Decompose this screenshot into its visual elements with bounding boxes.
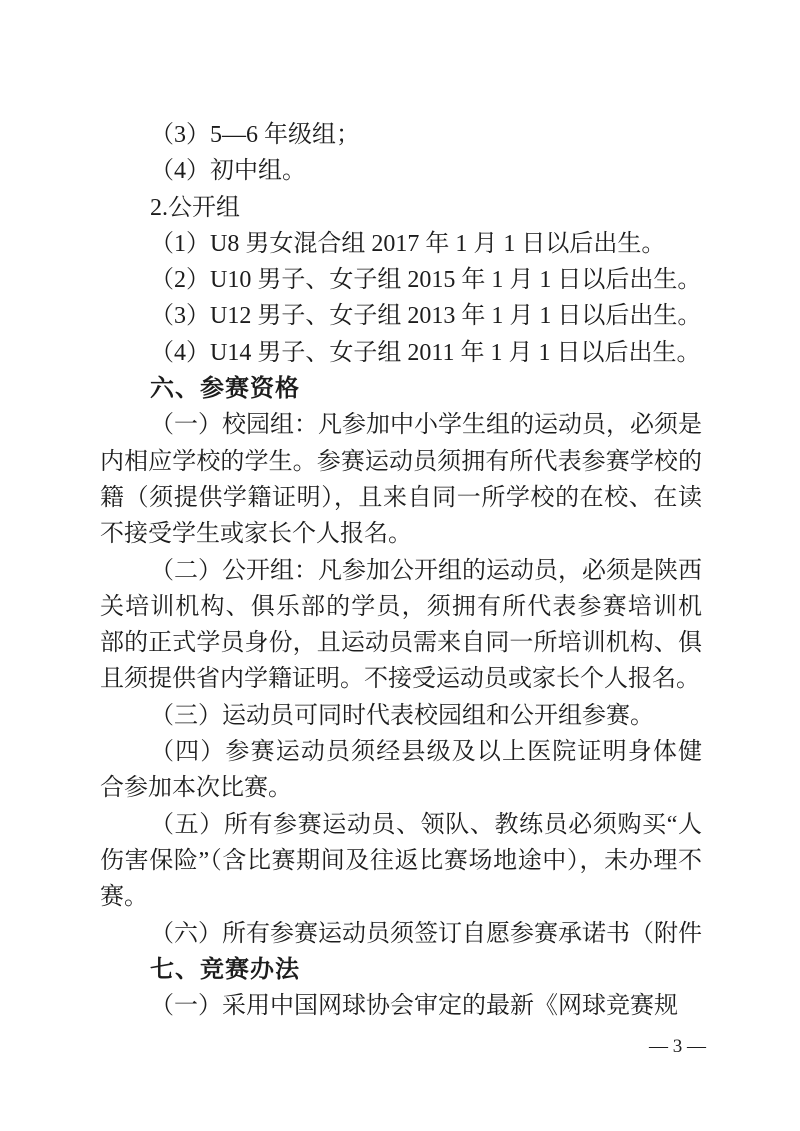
document-page: （3）5—6 年级组；（4）初中组。2.公开组（1）U8 男女混合组 2017 … — [0, 0, 800, 1131]
document-body: （3）5—6 年级组；（4）初中组。2.公开组（1）U8 男女混合组 2017 … — [100, 117, 702, 1024]
text-line: （1）U8 男女混合组 2017 年 1 月 1 日以后出生。 — [100, 226, 702, 262]
text-line: （4）初中组。 — [100, 153, 702, 189]
text-line: 籍（须提供学籍证明），且来自同一所学校的在校、在读学生。 — [100, 480, 702, 516]
section-heading: 六、参赛资格 — [100, 371, 702, 407]
text-line: 关培训机构、俱乐部的学员，须拥有所代表参赛培训机构、俱乐 — [100, 589, 702, 625]
text-line: 2.公开组 — [100, 190, 702, 226]
text-line: （五）所有参赛运动员、领队、教练员必须购买“人身意外 — [100, 807, 702, 843]
text-line: 内相应学校的学生。参赛运动员须拥有所代表参赛学校的正式学 — [100, 444, 702, 480]
text-line: （2）U10 男子、女子组 2015 年 1 月 1 日以后出生。 — [100, 262, 702, 298]
text-line: 不接受学生或家长个人报名。 — [100, 516, 702, 552]
text-line: （3）5—6 年级组； — [100, 117, 702, 153]
text-line: （一）采用中国网球协会审定的最新《网球竞赛规则》。 — [100, 988, 702, 1024]
text-line: （四）参赛运动员须经县级及以上医院证明身体健康，且适 — [100, 734, 702, 770]
section-heading: 七、竞赛办法 — [100, 952, 702, 988]
text-line: （三）运动员可同时代表校园组和公开组参赛。 — [100, 698, 702, 734]
text-line: 部的正式学员身份，且运动员需来自同一所培训机构、俱乐部， — [100, 625, 702, 661]
page-number: — 3 — — [649, 1036, 706, 1058]
text-line: 且须提供省内学籍证明。不接受运动员或家长个人报名。 — [100, 661, 702, 697]
text-line: 伤害保险”（含比赛期间及往返比赛场地途中），未办理不予参 — [100, 843, 702, 879]
text-line: （3）U12 男子、女子组 2013 年 1 月 1 日以后出生。 — [100, 298, 702, 334]
text-line: （一）校园组：凡参加中小学生组的运动员，必须是陕西省 — [100, 407, 702, 443]
text-line: （二）公开组：凡参加公开组的运动员，必须是陕西省内相 — [100, 553, 702, 589]
text-line: 赛。 — [100, 879, 702, 915]
text-line: （六）所有参赛运动员须签订自愿参赛承诺书（附件 3）。 — [100, 916, 702, 952]
text-line: （4）U14 男子、女子组 2011 年 1 月 1 日以后出生。 — [100, 335, 702, 371]
text-line: 合参加本次比赛。 — [100, 770, 702, 806]
